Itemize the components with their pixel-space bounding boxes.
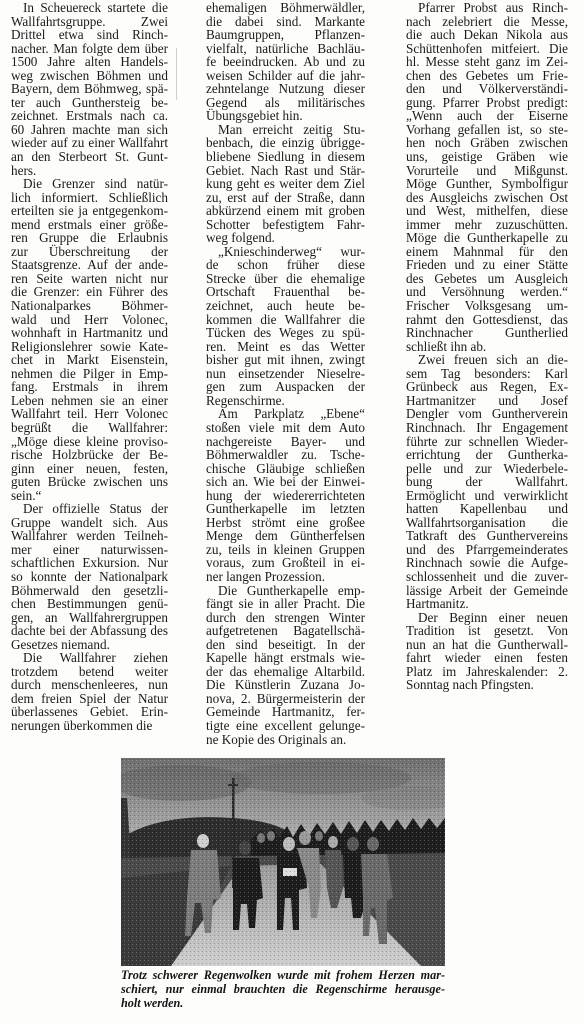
- text-line: schließt ihn ab.: [406, 340, 568, 354]
- text-line: durch menschenleeres, nun: [11, 678, 168, 692]
- text-line: die Grenzer: ein Führer des: [11, 285, 168, 299]
- text-line: schaftlichen Exkursion. Nur: [11, 556, 168, 570]
- text-line: Drittel etwa sind Rinch-: [11, 28, 168, 42]
- text-line: ehemaligen Böhmerwäldler,: [206, 1, 365, 15]
- text-line: Frieden und zu einer Stätte: [406, 258, 568, 272]
- text-line: zeichnet, auch heute be-: [206, 299, 365, 313]
- text-line: lässige Arbeit der Gemeinde: [406, 584, 568, 598]
- text-line: hl. Messe steht ganz im Zei-: [406, 55, 568, 69]
- text-line: nun einsetzender Nieselre-: [206, 367, 365, 381]
- text-line: die auch Dekan Nikola aus: [406, 28, 568, 42]
- text-line: nach zelebriert die Messe,: [406, 15, 568, 29]
- text-line: fahrt wieder einen festen: [406, 651, 568, 665]
- text-line: ren Gruppe die Erlaubnis: [11, 231, 168, 245]
- column-rule: [176, 48, 177, 100]
- text-line: guten Brücke zwischen uns: [11, 475, 168, 489]
- text-line: gen zum Auspacken der: [206, 380, 365, 394]
- caption-line: Trotz schwerer Regenwolken wurde mit fro…: [121, 969, 445, 983]
- photo-illustration: [121, 758, 445, 966]
- text-line: Grünbeck aus Regen, Ex-: [406, 380, 568, 394]
- paragraph: ehemaligen Böhmerwäldler,die dabei sind.…: [206, 1, 365, 123]
- text-line: Leben nehmen sie an einer: [11, 394, 168, 408]
- text-line: Wallfahrer werden Teilneh-: [11, 529, 168, 543]
- text-line: nehmen die Pilger in Emp-: [11, 367, 168, 381]
- text-line: des Gebetes um Ausgleich: [406, 272, 568, 286]
- text-line: errichtung der Guntherka-: [406, 448, 568, 462]
- text-line: bung der Wallfahrt.: [406, 475, 568, 489]
- text-line: In Scheuereck startete die: [11, 1, 168, 15]
- text-line: hung der wiedererrichteten: [206, 489, 365, 503]
- text-line: trotzdem betend weiter: [11, 665, 168, 679]
- text-line: Sonntag nach Pfingsten.: [406, 678, 568, 692]
- text-line: wieder auf zu einer Wallfahrt: [11, 136, 168, 150]
- text-line: wohnhaft in Hartmanitz und: [11, 326, 168, 340]
- text-line: Der offizielle Status der: [11, 502, 168, 516]
- text-line: 60 Jahren machte man sich: [11, 123, 168, 137]
- text-line: 1500 Jahre alten Handels-: [11, 55, 168, 69]
- text-line: den und Völkerverständi-: [406, 82, 568, 96]
- text-line: ne Kopie des Originals an.: [206, 733, 365, 747]
- text-line: Vorhang gefallen ist, so ste-: [406, 123, 568, 137]
- text-line: zur Überschreitung der: [11, 245, 168, 259]
- text-line: voraus, zum Großteil in ei-: [206, 556, 365, 570]
- text-line: Möge die Guntherkapelle zu: [406, 231, 568, 245]
- text-line: chet in Markt Eisenstein,: [11, 353, 168, 367]
- text-line: Böhmerwald den gesetzli-: [11, 584, 168, 598]
- text-line: Rinchnach. Ihr Engagement: [406, 421, 568, 435]
- text-line: Strecke über die ehemalige: [206, 272, 365, 286]
- text-line: an den Sterbeort St. Gunt-: [11, 150, 168, 164]
- text-line: Vorurteile und Mißgunst.: [406, 164, 568, 178]
- text-line: Gebiet. Nach Rast und Stär-: [206, 164, 365, 178]
- text-line: Wallfahrtsorganisation die: [406, 516, 568, 530]
- text-line: fang. Erstmals in ihrem: [11, 380, 168, 394]
- text-line: fängt sie in aller Pracht. Die: [206, 597, 365, 611]
- paragraph: Die Guntherkapelle emp-fängt sie in alle…: [206, 584, 365, 747]
- text-line: nerungen überkommen die: [11, 719, 168, 733]
- text-line: zu, teils in kleinen Gruppen: [206, 543, 365, 557]
- text-line: ginn einer neuen, festen,: [11, 462, 168, 476]
- text-line: ter auch Gunthersteig be-: [11, 96, 168, 110]
- paragraph: Der offizielle Status derGruppe wandelt …: [11, 502, 168, 651]
- text-line: weg zwischen Böhmen und: [11, 69, 168, 83]
- text-line: Staatsgrenze. Auf der ande-: [11, 258, 168, 272]
- text-line: Tatkraft des Gunthervereins: [406, 529, 568, 543]
- text-line: de schon früher diese: [206, 258, 365, 272]
- text-line: Die Grenzer sind natür-: [11, 177, 168, 191]
- text-line: Pfarrer Probst aus Rinch-: [406, 1, 568, 15]
- text-line: nova, 2. Bürgermeisterin der: [206, 692, 365, 706]
- text-line: Die Wallfahrer ziehen: [11, 651, 168, 665]
- text-line: Ortschaft Frauenthal be-: [206, 285, 365, 299]
- paragraph: Die Grenzer sind natür-lich informiert. …: [11, 177, 168, 502]
- text-line: Guntherkapelle im letzten: [206, 502, 365, 516]
- text-line: Gruppe wandelt sich. Aus: [11, 516, 168, 530]
- text-line: uns, geistige Gräben wie: [406, 150, 568, 164]
- text-line: lich informiert. Schließlich: [11, 191, 168, 205]
- text-line: und Versöhnung werden.“: [406, 285, 568, 299]
- text-line: die dabei sind. Markante: [206, 15, 365, 29]
- text-line: mer einer naturwissen-: [11, 543, 168, 557]
- text-line: benbach, die einzig übrigge-: [206, 136, 365, 150]
- paragraph: Der Beginn einer neuenTradition ist gese…: [406, 611, 568, 692]
- text-line: vielfalt, natürliche Bachläu-: [206, 42, 365, 56]
- text-line: wald und Herr Volonec,: [11, 313, 168, 327]
- paragraph: Die Wallfahrer ziehentrotzdem betend wei…: [11, 651, 168, 732]
- text-line: Die Guntherkapelle emp-: [206, 584, 365, 598]
- text-line: tigte eine excellent gelunge-: [206, 719, 365, 733]
- text-line: stoßen viele mit dem Auto: [206, 421, 365, 435]
- text-line: Übungsgebiet hin.: [206, 109, 365, 123]
- text-line: schlossenheit und die zuver-: [406, 570, 568, 584]
- text-line: hers.: [11, 164, 168, 178]
- paragraph: Man erreicht zeitig Stu-benbach, die ein…: [206, 123, 365, 245]
- text-line: pelle und zur Wiederbele-: [406, 462, 568, 476]
- text-line: Hartmanitz.: [406, 597, 568, 611]
- text-line: Schotter befestigtem Fahr-: [206, 218, 365, 232]
- text-line: gung. Pfarrer Probst predigt:: [406, 96, 568, 110]
- text-line: weg folgend.: [206, 231, 365, 245]
- paragraph: Pfarrer Probst aus Rinch-nach zelebriert…: [406, 1, 568, 353]
- text-line: dachte bei der Abfassung des: [11, 624, 168, 638]
- text-line: ner langen Prozession.: [206, 570, 365, 584]
- text-line: bliebene Siedlung in diesem: [206, 150, 365, 164]
- text-line: mend erstmals einer größe-: [11, 218, 168, 232]
- text-line: gen, an Wallfahrergruppen: [11, 611, 168, 625]
- text-line: Tücken des Weges zu spü-: [206, 326, 365, 340]
- text-line: den sind beseitigt. In der: [206, 638, 365, 652]
- text-line: Zwei freuen sich an die-: [406, 353, 568, 367]
- text-line: abkürzend einem mit groben: [206, 204, 365, 218]
- text-line: zehntelange Nutzung dieser: [206, 82, 365, 96]
- text-line: zeichnet. Erstmals nach ca.: [11, 109, 168, 123]
- text-line: und West, mithelfen, diese: [406, 204, 568, 218]
- caption-line: schiert, nur einmal brauchten die Regens…: [121, 983, 445, 997]
- text-line: Bayern, dem Böhmweg, spä-: [11, 82, 168, 96]
- text-line: Regenschirme.: [206, 394, 365, 408]
- article-column-1: In Scheuereck startete dieWallfahrtsgrup…: [11, 1, 168, 733]
- text-line: begrüßt die Wallfahrer:: [11, 421, 168, 435]
- text-line: erteilten sie ja entgegenkom-: [11, 204, 168, 218]
- text-line: „Wenn auch der Eiserne: [406, 109, 568, 123]
- text-line: hatten Kapellenbau und: [406, 502, 568, 516]
- text-line: Religionslehrer sowie Kate-: [11, 340, 168, 354]
- text-line: nacher. Man folgte dem über: [11, 42, 168, 56]
- text-line: aufgetretenen Bagatellschä-: [206, 624, 365, 638]
- text-line: nun an hat die Guntherwall-: [406, 638, 568, 652]
- text-line: Nationalparkes Böhmer-: [11, 299, 168, 313]
- article-column-2: ehemaligen Böhmerwäldler,die dabei sind.…: [206, 1, 365, 746]
- text-line: Herbst strömt eine großee: [206, 516, 365, 530]
- text-line: „Knieschinderweg“ wur-: [206, 245, 365, 259]
- text-line: Gesetzes niemand.: [11, 638, 168, 652]
- text-line: weisen Schilder auf die jahr-: [206, 69, 365, 83]
- photo-caption: Trotz schwerer Regenwolken wurde mit fro…: [121, 969, 445, 1010]
- text-line: Menge dem Güntherfelsen: [206, 529, 365, 543]
- pilgrims-photo: [121, 758, 445, 966]
- text-line: Frischer Volksgesang um-: [406, 299, 568, 313]
- paragraph: „Knieschinderweg“ wur-de schon früher di…: [206, 245, 365, 408]
- text-line: und des Pfarrgemeinderates: [406, 543, 568, 557]
- text-line: einem Mahnmal für den: [406, 245, 568, 259]
- text-line: chische Gläubige schließen: [206, 462, 365, 476]
- text-line: Rinchnacher Guntherlied: [406, 326, 568, 340]
- text-line: hen noch Gräben zwischen: [406, 136, 568, 150]
- paragraph: Zwei freuen sich an die-sem Tag besonder…: [406, 353, 568, 610]
- text-line: rahmt den Gottesdienst, das: [406, 313, 568, 327]
- text-line: ren. Meint es das Wetter: [206, 340, 365, 354]
- text-line: überlassenes Gebiet. Erin-: [11, 705, 168, 719]
- text-line: Gemeinde Hartmanitz, fer-: [206, 705, 365, 719]
- text-line: Man erreicht zeitig Stu-: [206, 123, 365, 137]
- caption-line: holt werden.: [121, 997, 445, 1011]
- text-line: nachgereiste Bayer- und: [206, 435, 365, 449]
- text-line: Hartmanitzer und Josef: [406, 394, 568, 408]
- text-line: bisher gut mit ihnen, zwingt: [206, 353, 365, 367]
- text-line: fe beeindrucken. Ab und zu: [206, 55, 365, 69]
- text-line: kommen die Wallfahrer die: [206, 313, 365, 327]
- text-line: ren Seite warten nicht nur: [11, 272, 168, 286]
- text-line: Wallfahrt teil. Herr Volonec: [11, 407, 168, 421]
- text-line: Möge Gunther, Symbolfigur: [406, 177, 568, 191]
- text-line: chen des Gebetes um Frie-: [406, 69, 568, 83]
- text-line: Baumgruppen, Pflanzen-: [206, 28, 365, 42]
- text-line: rische Holzbrücke der Be-: [11, 448, 168, 462]
- text-line: Tradition ist gesetzt. Von: [406, 624, 568, 638]
- text-line: chen Bestimmungen genü-: [11, 597, 168, 611]
- text-line: Platz im Jahreskalender: 2.: [406, 665, 568, 679]
- paragraph: Am Parkplatz „Ebene“stoßen viele mit dem…: [206, 407, 365, 583]
- text-line: Gegend als militärisches: [206, 96, 365, 110]
- text-line: des Ausgleichs zwischen Ost: [406, 191, 568, 205]
- text-line: Böhmerwaldler zu. Tsche-: [206, 448, 365, 462]
- text-line: der das ehemalige Altarbild.: [206, 665, 365, 679]
- article-column-3: Pfarrer Probst aus Rinch-nach zelebriert…: [406, 1, 568, 692]
- text-line: Wallfahrtsgruppe. Zwei: [11, 15, 168, 29]
- text-line: sein.“: [11, 489, 168, 503]
- text-line: Am Parkplatz „Ebene“: [206, 407, 365, 421]
- text-line: Die Künstlerin Zuzana Jo-: [206, 678, 365, 692]
- text-line: sich an. Wie bei der Einwei-: [206, 475, 365, 489]
- text-line: Kapelle hängt erstmals wie-: [206, 651, 365, 665]
- text-line: sem Tag besonders: Karl: [406, 367, 568, 381]
- text-line: Schüttenhofen mitfeiert. Die: [406, 42, 568, 56]
- text-line: Der Beginn einer neuen: [406, 611, 568, 625]
- text-line: Rinchnach sowie die Aufge-: [406, 556, 568, 570]
- text-line: immer mehr zuzuschütten.: [406, 218, 568, 232]
- text-line: Ermöglicht und verwirklicht: [406, 489, 568, 503]
- text-line: führte zur schnellen Wieder-: [406, 435, 568, 449]
- text-line: dem freien Spiel der Natur: [11, 692, 168, 706]
- text-line: kung geht es weiter dem Ziel: [206, 177, 365, 191]
- text-line: zu, erst auf der Straße, dann: [206, 191, 365, 205]
- text-line: „Möge diese kleine proviso-: [11, 435, 168, 449]
- text-line: so konnte der Nationalpark: [11, 570, 168, 584]
- text-line: Dengler vom Guntherverein: [406, 407, 568, 421]
- text-line: durch den strengen Winter: [206, 611, 365, 625]
- paragraph: In Scheuereck startete dieWallfahrtsgrup…: [11, 1, 168, 177]
